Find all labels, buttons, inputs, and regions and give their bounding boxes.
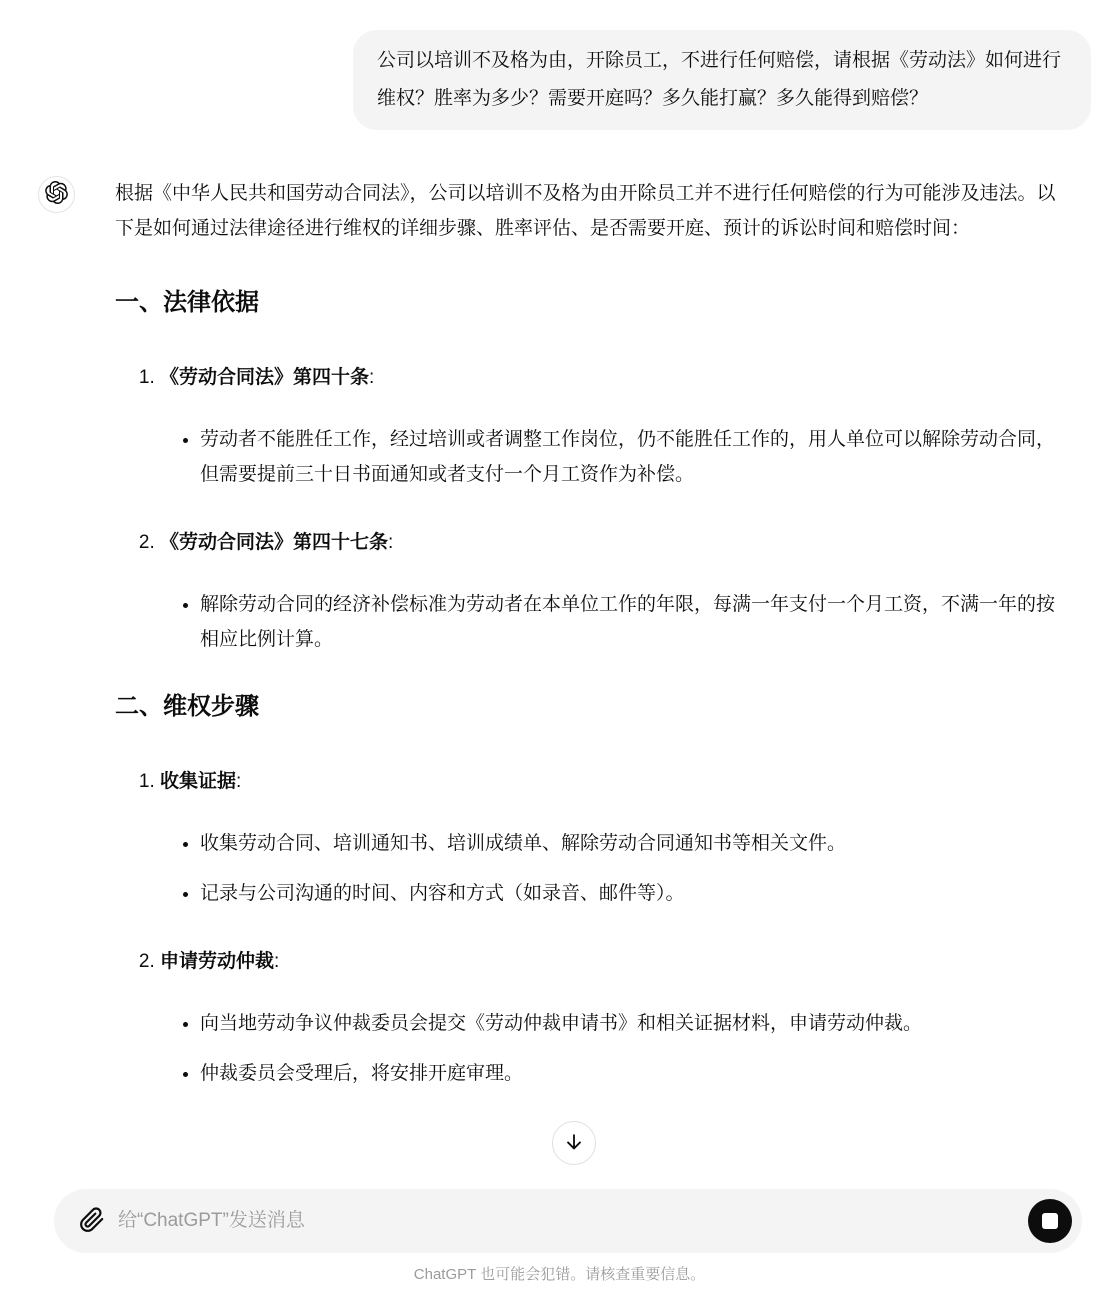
section-heading-rights-steps: 二、维权步骤 — [115, 689, 1063, 724]
list-item-suffix: : — [388, 532, 393, 553]
user-message-row: 公司以培训不及格为由，开除员工，不进行任何赔偿，请根据《劳动法》如何进行维权？胜… — [38, 30, 1091, 130]
assistant-message-row: 根据《中华人民共和国劳动合同法》，公司以培训不及格为由开除员工并不进行任何赔偿的… — [38, 176, 1091, 1091]
sub-bullet-list: 收集劳动合同、培训通知书、培训成绩单、解除劳动合同通知书等相关文件。 记录与公司… — [160, 826, 1063, 911]
rights-steps-list: 收集证据: 收集劳动合同、培训通知书、培训成绩单、解除劳动合同通知书等相关文件。… — [115, 764, 1063, 1091]
list-item-suffix: : — [369, 367, 374, 388]
message-composer[interactable] — [54, 1189, 1082, 1253]
sub-bullet-list: 解除劳动合同的经济补偿标准为劳动者在本单位工作的年限，每满一年支付一个月工资，不… — [160, 587, 1063, 657]
section-heading-legal-basis: 一、法律依据 — [115, 285, 1063, 320]
list-item: 申请劳动仲裁: 向当地劳动争议仲裁委员会提交《劳动仲裁申请书》和相关证据材料，申… — [160, 944, 1063, 1091]
list-item: 收集证据: 收集劳动合同、培训通知书、培训成绩单、解除劳动合同通知书等相关文件。… — [160, 764, 1063, 911]
conversation-thread: 公司以培训不及格为由，开除员工，不进行任何赔偿，请根据《劳动法》如何进行维权？胜… — [0, 0, 1119, 1091]
user-message-bubble: 公司以培训不及格为由，开除员工，不进行任何赔偿，请根据《劳动法》如何进行维权？胜… — [353, 30, 1091, 130]
arrow-down-icon — [563, 1131, 585, 1156]
bullet-item: 向当地劳动争议仲裁委员会提交《劳动仲裁申请书》和相关证据材料，申请劳动仲裁。 — [200, 1006, 1063, 1041]
bullet-item: 劳动者不能胜任工作，经过培训或者调整工作岗位，仍不能胜任工作的，用人单位可以解除… — [200, 422, 1063, 492]
stop-square-icon — [1042, 1213, 1058, 1229]
bullet-item: 收集劳动合同、培训通知书、培训成绩单、解除劳动合同通知书等相关文件。 — [200, 826, 1063, 861]
paperclip-icon — [79, 1207, 105, 1236]
list-item-term: 《劳动合同法》第四十条 — [160, 367, 369, 388]
attach-file-button[interactable] — [74, 1203, 110, 1239]
assistant-avatar — [38, 176, 75, 213]
list-item-term: 申请劳动仲裁 — [160, 951, 274, 972]
list-item-suffix: : — [236, 771, 241, 792]
list-item-term: 收集证据 — [160, 771, 236, 792]
scroll-to-bottom-button[interactable] — [552, 1121, 596, 1165]
list-item-term: 《劳动合同法》第四十七条 — [160, 532, 388, 553]
list-item: 《劳动合同法》第四十七条: 解除劳动合同的经济补偿标准为劳动者在本单位工作的年限… — [160, 525, 1063, 657]
bullet-item: 解除劳动合同的经济补偿标准为劳动者在本单位工作的年限，每满一年支付一个月工资，不… — [200, 587, 1063, 657]
chatgpt-app: 公司以培训不及格为由，开除员工，不进行任何赔偿，请根据《劳动法》如何进行维权？胜… — [0, 0, 1119, 1290]
assistant-intro-paragraph: 根据《中华人民共和国劳动合同法》，公司以培训不及格为由开除员工并不进行任何赔偿的… — [115, 176, 1063, 246]
bullet-item: 记录与公司沟通的时间、内容和方式（如录音、邮件等）。 — [200, 876, 1063, 911]
list-item-suffix: : — [274, 951, 279, 972]
stop-generating-button[interactable] — [1028, 1199, 1072, 1243]
list-item: 《劳动合同法》第四十条: 劳动者不能胜任工作，经过培训或者调整工作岗位，仍不能胜… — [160, 360, 1063, 492]
openai-logo-icon — [45, 181, 68, 209]
bottom-bar: ChatGPT 也可能会犯错。请核查重要信息。 — [0, 1165, 1119, 1290]
sub-bullet-list: 劳动者不能胜任工作，经过培训或者调整工作岗位，仍不能胜任工作的，用人单位可以解除… — [160, 422, 1063, 492]
message-input[interactable] — [118, 1210, 1028, 1232]
assistant-message-content: 根据《中华人民共和国劳动合同法》，公司以培训不及格为由开除员工并不进行任何赔偿的… — [115, 176, 1063, 1091]
sub-bullet-list: 向当地劳动争议仲裁委员会提交《劳动仲裁申请书》和相关证据材料，申请劳动仲裁。 仲… — [160, 1006, 1063, 1091]
legal-basis-list: 《劳动合同法》第四十条: 劳动者不能胜任工作，经过培训或者调整工作岗位，仍不能胜… — [115, 360, 1063, 657]
disclaimer-text: ChatGPT 也可能会犯错。请核查重要信息。 — [0, 1263, 1119, 1284]
bullet-item: 仲裁委员会受理后，将安排开庭审理。 — [200, 1056, 1063, 1091]
